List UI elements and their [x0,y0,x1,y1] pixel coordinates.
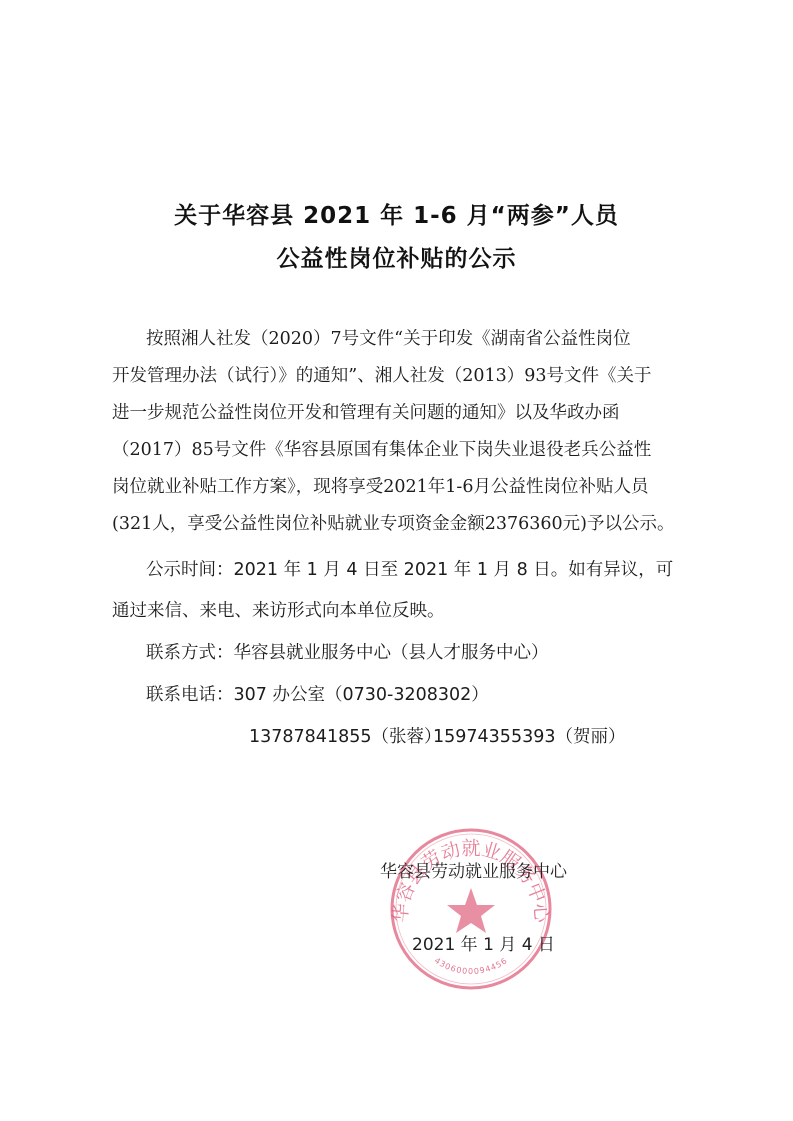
contact-method: 联系方式：华容县就业服务中心（县人才服务中心） [146,639,549,664]
svg-text:4306000094456: 4306000094456 [433,956,510,976]
paragraph-line: （2017）85号文件《华容县原国有集体企业下岗失业退役老兵公益性 [112,436,651,461]
paragraph-line: 按照湘人社发（2020）7号文件“关于印发《湖南省公益性岗位 [146,325,631,350]
paragraph-line: 通过来信、来电、来访形式向本单位反映。 [112,597,445,622]
paragraph-line: 岗位就业补贴工作方案》，现将享受2021年1-6月公益性岗位补贴人员 [112,473,648,498]
star-icon [447,888,495,933]
contact-mobile-1: 13787841855（张蓉） [249,723,441,748]
document-page: 关于华容县 2021 年 1-6 月“两参”人员 公益性岗位补贴的公示 按照湘人… [0,0,793,1121]
paragraph-line: 公示时间：2021 年 1 月 4 日至 2021 年 1 月 8 日。如有异议… [146,556,673,581]
document-title-line-2: 公益性岗位补贴的公示 [0,240,793,273]
signature-organization: 华容县劳动就业服务中心 [380,857,567,882]
paragraph-line: 进一步规范公益性岗位开发和管理有关问题的通知》以及华政办函 [112,399,620,424]
contact-phone: 联系电话：307 办公室（0730-3208302） [146,681,489,706]
paragraph-line: (321人，享受公益性岗位补贴就业专项资金金额2376360元)予以公示。 [112,510,675,535]
document-title-line-1: 关于华容县 2021 年 1-6 月“两参”人员 [0,197,793,230]
contact-mobile-2: 15974355393（贺丽） [433,723,625,748]
paragraph-line: 开发管理办法（试行）》的通知”、湘人社发（2013）93号文件《关于 [112,362,652,387]
signature-date: 2021 年 1 月 4 日 [412,930,555,955]
official-seal-stamp: 华容县劳动就业服务中心 4306000094456 [388,826,554,992]
